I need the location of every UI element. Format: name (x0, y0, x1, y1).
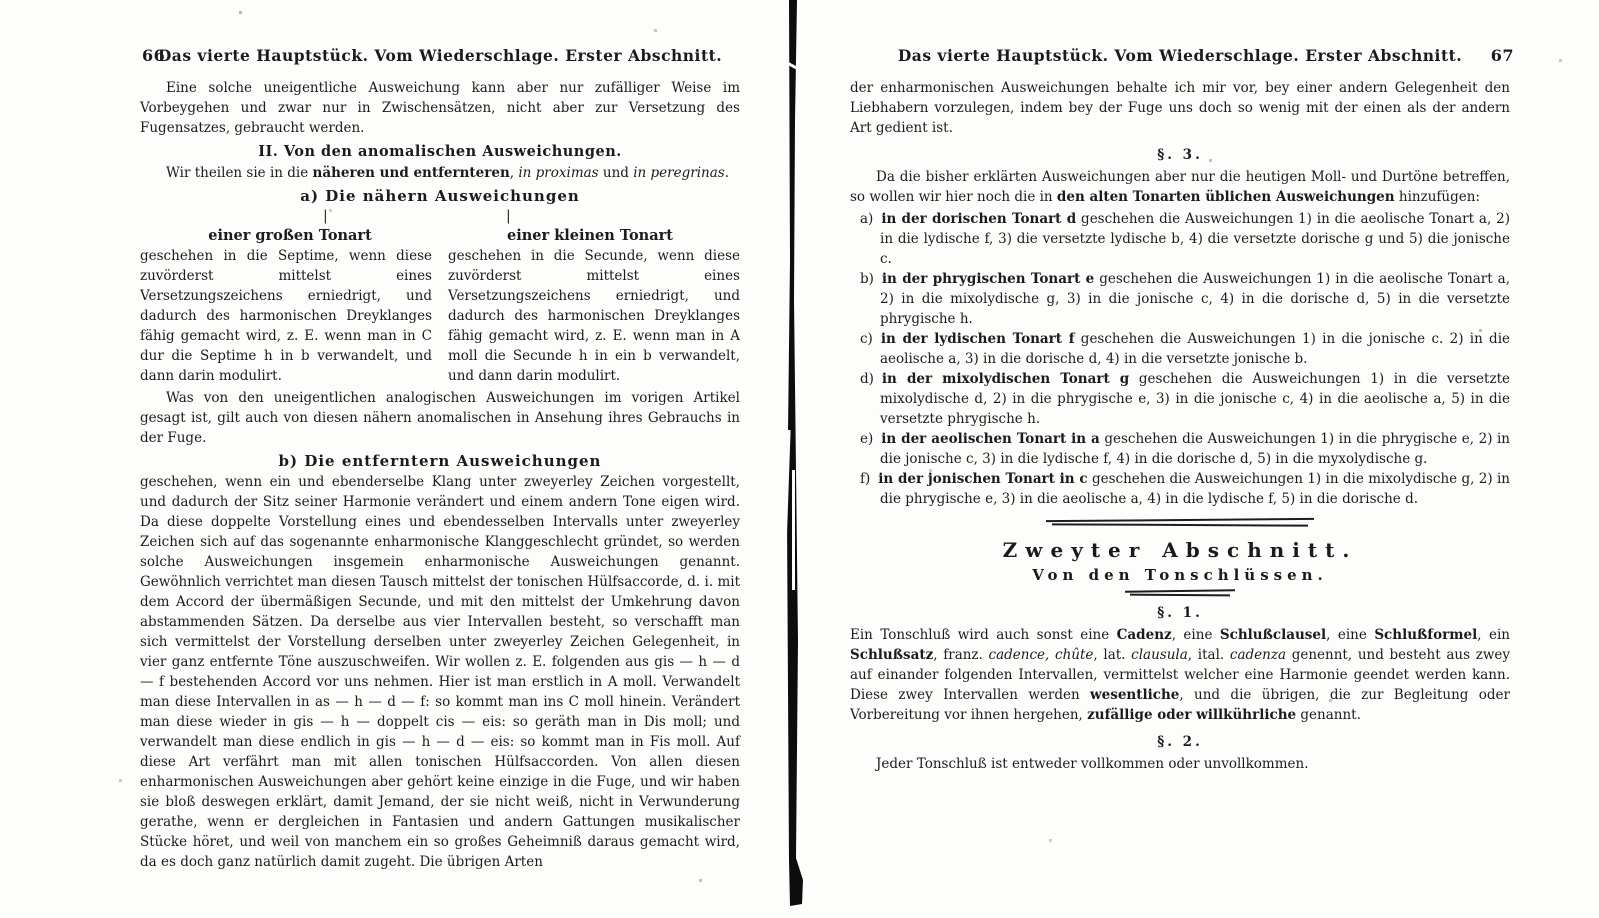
list-marker: a) (860, 211, 873, 227)
text-segment-latin: in peregrinas (633, 165, 724, 181)
branch-bar-left: | (323, 208, 328, 224)
running-header-left: Das vierte Hauptstück. Vom Wiederschlage… (158, 46, 722, 65)
ausweichungen-list: a)in der dorischen Tonart d geschehen di… (850, 209, 1510, 509)
text-segment-bold: wesentliche (1090, 687, 1179, 703)
book-spread-scan: 66 Das vierte Hauptstück. Vom Wiederschl… (0, 0, 1599, 918)
list-item-f: f)in der jonischen Tonart in c geschehen… (850, 469, 1510, 509)
list-lead: in der aeolischen Tonart in a (881, 431, 1100, 447)
branch-title-kleine-tonart: einer kleinen Tonart (440, 227, 740, 244)
text-segment: , eine (1326, 627, 1374, 643)
branch-diagram-bars: | | (140, 207, 740, 227)
scan-noise-specks (0, 0, 1, 1)
section-label-1: §. 1. (850, 605, 1510, 621)
text-segment: Ein Tonschluß wird auch sonst eine (850, 627, 1117, 643)
text-segment-bold: Schlußclausel (1220, 627, 1326, 643)
book-gutter-shadow (770, 0, 814, 918)
text-segment-bold: näheren und entfernteren (313, 165, 510, 181)
list-marker: f) (860, 471, 870, 487)
text-segment-latin: in proximas (518, 165, 598, 181)
text-segment: , ein (1477, 627, 1510, 643)
page-67-header: Das vierte Hauptstück. Vom Wiederschlage… (850, 46, 1510, 65)
heading-zweyter-abschnitt: Zweyter Abschnitt. (850, 538, 1510, 562)
text-segment: , eine (1172, 627, 1220, 643)
list-marker: d) (860, 371, 874, 387)
section-label-2: §. 2. (850, 734, 1510, 750)
text-segment: genannt. (1296, 707, 1361, 723)
branch-title-grosse-tonart: einer großen Tonart (140, 227, 440, 244)
page-66-header: 66 Das vierte Hauptstück. Vom Wiederschl… (140, 46, 740, 65)
list-marker: e) (860, 431, 873, 447)
subsection-divider-rule (850, 590, 1510, 596)
text-segment-bold: zufällige oder willkührliche (1087, 707, 1296, 723)
list-lead: in der phrygischen Tonart e (882, 271, 1094, 287)
section-divider-double-rule (850, 519, 1510, 526)
list-lead: in der jonischen Tonart in c (878, 471, 1087, 487)
list-item-c: c)in der lydischen Tonart f geschehen di… (850, 329, 1510, 369)
list-item-d: d)in der mixolydischen Tonart g geschehe… (850, 369, 1510, 429)
list-marker: b) (860, 271, 874, 287)
list-lead: in der mixolydischen Tonart g (882, 371, 1129, 387)
paragraph-tonschluss-definition: Ein Tonschluß wird auch sonst eine Caden… (850, 625, 1510, 725)
text-segment: , franz. (933, 647, 988, 663)
text-segment-latin: cadence, chûte (989, 647, 1094, 663)
paragraph-vollkommen: Jeder Tonschluß ist entweder vollkommen … (850, 754, 1510, 774)
page-number-right: 67 (1491, 46, 1514, 65)
page-67: Das vierte Hauptstück. Vom Wiederschlage… (850, 46, 1510, 774)
paragraph-enharmonische: geschehen, wenn ein und ebenderselbe Kla… (140, 472, 740, 872)
text-segment-bold: Cadenz (1117, 627, 1172, 643)
list-item-b: b)in der phrygischen Tonart e geschehen … (850, 269, 1510, 329)
paragraph-alte-tonarten: Da die bisher erklärten Ausweichungen ab… (850, 167, 1510, 207)
text-segment-latin: clausula (1131, 647, 1188, 663)
page-number-left: 66 (142, 46, 165, 65)
column-kleine-tonart-text: geschehen in die Secunde, wenn diese zuv… (448, 246, 740, 386)
branch-bar-right: | (506, 208, 511, 224)
heading-anomalische-ausweichungen: II. Von den anomalischen Ausweichungen. (140, 143, 740, 160)
paragraph-was-von-den: Was von den uneigentlichen analogischen … (140, 388, 740, 448)
heading-von-den-tonschluessen: Von den Tonschlüssen. (850, 566, 1510, 584)
two-column-comparison: geschehen in die Septime, wenn diese zuv… (140, 246, 740, 386)
text-segment: Wir theilen sie in die (166, 165, 313, 181)
text-segment: und (599, 165, 634, 181)
list-item-e: e)in der aeolischen Tonart in a geschehe… (850, 429, 1510, 469)
text-segment-latin: cadenza (1230, 647, 1286, 663)
text-segment: hinzufügen: (1395, 189, 1480, 205)
section-label-3: §. 3. (850, 147, 1510, 163)
list-lead: in der dorischen Tonart d (881, 211, 1076, 227)
text-segment-bold: Schlußsatz (850, 647, 933, 663)
list-lead: in der lydischen Tonart f (881, 331, 1075, 347)
text-segment: , lat. (1093, 647, 1131, 663)
page-66: 66 Das vierte Hauptstück. Vom Wiederschl… (140, 46, 740, 872)
branch-titles: einer großen Tonart einer kleinen Tonart (140, 227, 740, 244)
paragraph-eintheilung: Wir theilen sie in die näheren und entfe… (140, 163, 740, 183)
column-grosse-tonart-text: geschehen in die Septime, wenn diese zuv… (140, 246, 432, 386)
running-header-right: Das vierte Hauptstück. Vom Wiederschlage… (898, 46, 1462, 65)
list-marker: c) (860, 331, 873, 347)
text-segment: , ital. (1188, 647, 1230, 663)
paragraph-uneigentliche-ausweichung: Eine solche uneigentliche Ausweichung ka… (140, 78, 740, 138)
text-segment-bold: den alten Tonarten üblichen Ausweichunge… (1057, 189, 1395, 205)
heading-entferntere-ausweichungen: b) Die entferntern Ausweichungen (140, 452, 740, 470)
paragraph-continuation: der enharmonischen Ausweichungen behalte… (850, 78, 1510, 138)
heading-naehere-ausweichungen: a) Die nähern Ausweichungen (140, 187, 740, 205)
text-segment: . (725, 165, 729, 181)
text-segment-bold: Schlußformel (1374, 627, 1477, 643)
list-item-a: a)in der dorischen Tonart d geschehen di… (850, 209, 1510, 269)
